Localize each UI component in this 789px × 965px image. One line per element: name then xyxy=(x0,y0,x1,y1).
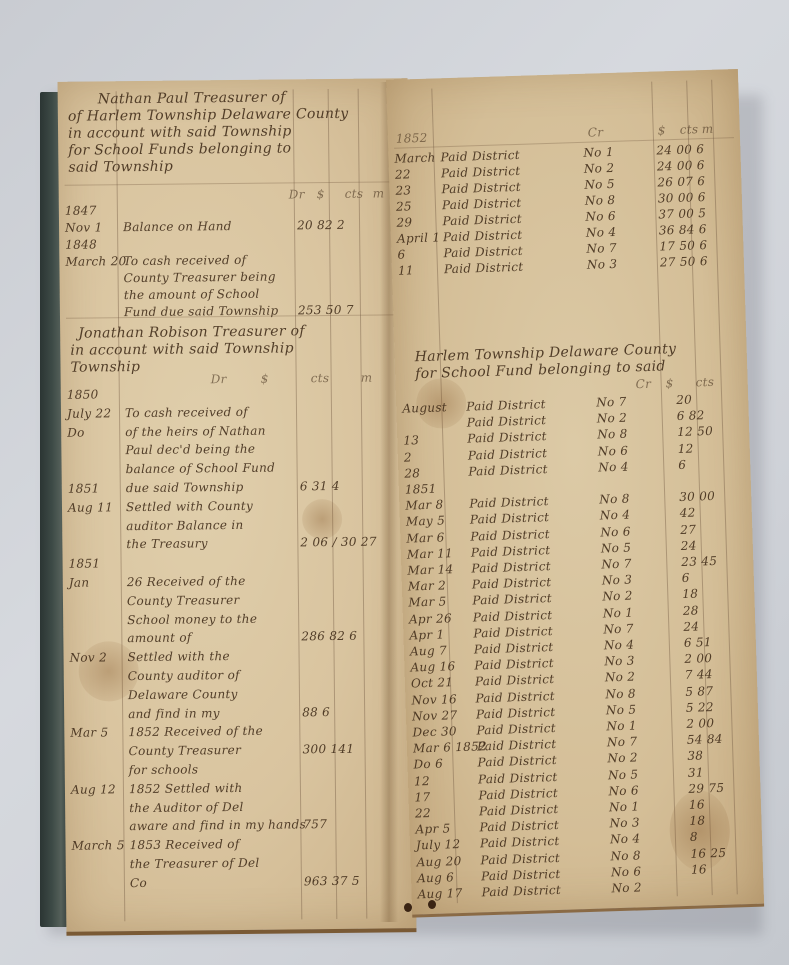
entry-date: Apr 26 xyxy=(409,611,452,626)
entry-date: 23 xyxy=(395,183,411,197)
entry-amount: 24 xyxy=(681,538,697,552)
entry-description: Balance on Hand xyxy=(123,219,232,234)
district-number: No 8 xyxy=(610,848,641,863)
amount-column-rule xyxy=(711,80,738,895)
entry-description: Paid District xyxy=(470,510,550,526)
entry-amount: 6 31 4 xyxy=(300,479,340,493)
entry-description: 26 Received of the xyxy=(127,574,246,589)
district-number: No 6 xyxy=(608,783,639,798)
entry-description: Paid District xyxy=(477,753,557,769)
district-number: No 8 xyxy=(597,427,628,442)
entry-amount: 54 84 xyxy=(687,732,723,747)
entry-date: Aug 7 xyxy=(410,643,447,658)
district-number: No 4 xyxy=(600,508,631,523)
entry-description: Paid District xyxy=(473,608,553,624)
entry-amount: 24 xyxy=(683,619,699,633)
entry-description: amount of xyxy=(127,631,191,646)
district-number: No 2 xyxy=(597,411,628,426)
district-number: No 1 xyxy=(603,605,634,620)
entry-description: 1853 Received of xyxy=(129,837,239,852)
entry-amount: 29 75 xyxy=(688,781,724,796)
ledger-heading-line: said Township xyxy=(68,159,173,176)
district-number: No 3 xyxy=(602,573,633,588)
header-rule xyxy=(65,181,403,186)
entry-description: Paid District xyxy=(477,737,557,753)
column-header: cts xyxy=(311,371,330,385)
entry-amount: 20 82 2 xyxy=(297,218,345,233)
entry-date: Mar 11 xyxy=(407,546,453,561)
entry-description: Paid District xyxy=(480,834,560,850)
entry-description: Paid District xyxy=(478,786,558,802)
entry-description: Paid District xyxy=(475,672,555,688)
entry-amount: 20 xyxy=(676,393,692,407)
column-header: m xyxy=(701,122,713,136)
entry-description: Paul dec'd being the xyxy=(125,442,255,457)
section-heading-line: Township xyxy=(70,359,140,376)
district-number: No 3 xyxy=(604,654,635,669)
district-number: No 5 xyxy=(608,767,639,782)
column-header: cts xyxy=(695,375,714,390)
entry-description: Paid District xyxy=(441,164,521,180)
district-number: No 5 xyxy=(606,702,637,717)
entry-description: Paid District xyxy=(467,430,547,446)
entry-amount: 5 22 xyxy=(686,700,714,715)
district-number: No 3 xyxy=(587,257,618,272)
entry-date: April 1 xyxy=(397,230,441,245)
entry-date: Do 6 xyxy=(413,757,443,772)
entry-description: Paid District xyxy=(442,196,522,212)
entry-description: County Treasurer xyxy=(128,743,241,758)
entry-date: Oct 21 xyxy=(411,676,454,691)
entry-amount: 2 00 xyxy=(684,651,712,666)
entry-amount: 6 82 xyxy=(676,408,704,423)
entry-date: 1847 xyxy=(65,203,97,217)
entry-amount: 23 45 xyxy=(681,554,717,569)
district-number: No 1 xyxy=(606,718,637,733)
entry-date: 1851 xyxy=(69,557,101,571)
district-number: No 6 xyxy=(598,443,629,458)
entry-amount: 7 44 xyxy=(685,667,713,682)
district-number: No 8 xyxy=(585,193,616,208)
entry-date: Mar 5 xyxy=(408,595,447,610)
district-number: No 5 xyxy=(601,540,632,555)
entry-amount: 963 37 5 xyxy=(304,874,360,889)
entry-amount: 30 00 xyxy=(679,489,715,504)
entry-amount: 6 51 xyxy=(684,635,712,650)
entry-amount: 2 06 / 30 27 xyxy=(300,535,377,550)
entry-date: Aug 11 xyxy=(68,500,113,514)
entry-description: 1852 Received of the xyxy=(128,724,263,739)
entry-description: Paid District xyxy=(476,721,556,737)
entry-date: 1851 xyxy=(405,482,437,497)
entry-description: County Treasurer xyxy=(127,593,240,608)
entry-amount: 17 50 6 xyxy=(659,238,707,253)
entry-description: Co xyxy=(130,876,147,890)
entry-amount: 38 xyxy=(687,749,703,763)
entry-date: 12 xyxy=(414,774,430,788)
entry-amount: 253 50 7 xyxy=(298,303,354,318)
district-number: No 2 xyxy=(607,751,638,766)
entry-description: Paid District xyxy=(467,413,547,429)
section-heading-line: Jonathan Robison Treasurer of xyxy=(78,323,305,341)
entry-description: Paid District xyxy=(472,575,552,591)
district-number: No 8 xyxy=(605,686,636,701)
entry-date: Mar 2 xyxy=(408,579,447,594)
entry-date: Aug 6 xyxy=(417,870,454,885)
entry-date: March 20 xyxy=(65,254,126,269)
entry-amount: 31 xyxy=(688,765,704,779)
ledger-heading-line: Nathan Paul Treasurer of xyxy=(98,89,286,107)
entry-description: Paid District xyxy=(471,559,551,575)
entry-date: July 12 xyxy=(416,837,461,852)
entry-description: Paid District xyxy=(443,228,523,244)
entry-date: 1850 xyxy=(67,387,99,401)
entry-amount: 24 00 6 xyxy=(656,142,704,157)
entry-description: Paid District xyxy=(479,818,559,834)
section-heading-line: in account with said Township xyxy=(70,340,294,358)
district-number: No 2 xyxy=(584,161,615,176)
district-number: No 4 xyxy=(610,832,641,847)
entry-description: the amount of School xyxy=(124,287,260,302)
district-number: No 7 xyxy=(586,241,617,256)
entry-date: 28 xyxy=(404,466,420,480)
entry-description: Delaware County xyxy=(128,687,238,702)
entry-description: School money to the xyxy=(127,611,257,626)
entry-description: Paid District xyxy=(475,689,555,705)
margin-rule xyxy=(116,91,126,921)
binding-hole xyxy=(404,903,412,912)
entry-date: March xyxy=(394,150,436,165)
district-number: No 8 xyxy=(599,492,630,507)
entry-amount: 26 07 6 xyxy=(657,174,705,189)
district-number: No 4 xyxy=(604,637,635,652)
column-header: $ xyxy=(658,123,666,137)
column-header: Dr xyxy=(289,187,305,201)
column-header: $ xyxy=(317,187,325,201)
entry-amount: 88 6 xyxy=(302,705,330,719)
entry-description: County Treasurer being xyxy=(124,270,276,286)
entry-description: of the heirs of Nathan xyxy=(125,423,266,438)
entry-date: 17 xyxy=(414,790,430,804)
entry-date: Mar 5 xyxy=(70,726,108,740)
entry-date: Nov 16 xyxy=(411,692,457,707)
entry-amount: 12 xyxy=(678,441,694,455)
entry-description: Paid District xyxy=(444,260,524,276)
district-number: No 4 xyxy=(598,459,629,474)
entry-amount: 37 00 5 xyxy=(658,206,706,221)
entry-date: Mar 6 xyxy=(406,530,445,545)
entry-date: 22 xyxy=(395,167,411,181)
district-number: No 6 xyxy=(585,209,616,224)
entry-date: Apr 1 xyxy=(409,627,444,642)
entry-amount: 28 xyxy=(683,603,699,617)
entry-description: Paid District xyxy=(474,656,554,672)
entry-date: 6 xyxy=(397,247,405,261)
entry-amount: 42 xyxy=(680,506,696,520)
entry-description: Fund due said Township xyxy=(124,304,279,320)
district-number: No 7 xyxy=(596,395,627,410)
entry-date: Aug 16 xyxy=(410,659,455,674)
entry-amount: 16 xyxy=(691,862,707,876)
entry-amount: 16 xyxy=(689,797,705,811)
district-number: No 2 xyxy=(605,670,636,685)
amount-column-rule xyxy=(293,89,303,919)
entry-date: 22 xyxy=(415,806,431,820)
column-header: 1852 xyxy=(396,131,428,146)
entry-description: the Treasurer of Del xyxy=(130,856,260,871)
entry-description: Paid District xyxy=(481,883,561,899)
entry-description: Paid District xyxy=(476,705,556,721)
district-number: No 7 xyxy=(607,735,638,750)
entry-description: 1852 Settled with xyxy=(129,781,243,796)
entry-description: Paid District xyxy=(473,624,553,640)
entry-description: Paid District xyxy=(442,212,522,228)
ledger-heading-line: in account with said Township xyxy=(68,123,292,141)
entry-description: Paid District xyxy=(470,527,550,543)
district-number: No 2 xyxy=(602,589,633,604)
entry-date: Do xyxy=(67,425,85,439)
district-number: No 1 xyxy=(609,799,640,814)
district-number: No 7 xyxy=(603,621,634,636)
district-number: No 4 xyxy=(586,225,617,240)
binding-hole xyxy=(428,900,436,909)
entry-amount: 8 xyxy=(690,830,698,844)
entry-date: 1848 xyxy=(65,237,97,251)
entry-amount: 36 84 6 xyxy=(659,222,707,237)
entry-date: Mar 14 xyxy=(407,562,453,577)
amount-column-rule xyxy=(358,89,368,919)
entry-date: 2 xyxy=(404,450,412,464)
entry-description: Paid District xyxy=(481,867,561,883)
entry-amount: 6 xyxy=(678,458,686,472)
entry-description: To cash received of xyxy=(125,405,248,420)
entry-description: Paid District xyxy=(443,244,523,260)
entry-description: for schools xyxy=(129,762,199,777)
entry-description: and find in my xyxy=(128,706,220,721)
entry-date: 11 xyxy=(398,263,414,277)
entry-description: balance of School Fund xyxy=(126,461,276,477)
entry-date: 1851 xyxy=(68,481,100,495)
entry-date: July 22 xyxy=(67,406,111,420)
entry-description: the Treasury xyxy=(126,537,208,552)
ledger-left-page: Nathan Paul Treasurer ofof Harlem Townsh… xyxy=(58,78,417,936)
entry-description: the Auditor of Del xyxy=(129,800,244,815)
entry-amount: 6 xyxy=(682,571,690,585)
entry-date: Nov 27 xyxy=(412,708,458,723)
entry-description: Paid District xyxy=(479,802,559,818)
entry-description: Paid District xyxy=(472,591,552,607)
entry-date: Aug 20 xyxy=(416,854,461,869)
entry-description: Paid District xyxy=(469,494,549,510)
ledger-heading-line: for School Funds belonging to xyxy=(68,140,291,158)
entry-date: Apr 5 xyxy=(415,822,450,837)
column-header: Cr xyxy=(635,377,651,391)
entry-date: Jan xyxy=(69,576,90,590)
entry-description: Paid District xyxy=(480,851,560,867)
entry-amount: 757 xyxy=(303,817,327,831)
entry-description: Paid District xyxy=(474,640,554,656)
entry-date: Aug 12 xyxy=(71,782,116,796)
district-number: No 1 xyxy=(583,145,614,160)
district-number: No 5 xyxy=(584,177,615,192)
entry-amount: 300 141 xyxy=(302,742,354,757)
entry-description: Settled with the xyxy=(127,649,229,664)
entry-amount: 2 00 xyxy=(686,716,714,731)
entry-description: Paid District xyxy=(478,770,558,786)
district-number: No 7 xyxy=(601,557,632,572)
entry-description: Paid District xyxy=(471,543,551,559)
column-header: Dr xyxy=(211,372,227,386)
entry-date: 13 xyxy=(403,434,419,448)
entry-amount: 16 25 xyxy=(690,845,726,860)
entry-amount: 5 87 xyxy=(685,684,713,699)
column-header: $ xyxy=(665,376,673,390)
entry-date: Nov 1 xyxy=(65,220,103,234)
column-header: Cr xyxy=(588,125,604,139)
entry-description: Paid District xyxy=(440,148,520,164)
entry-amount: 12 50 xyxy=(677,424,713,439)
district-number: No 2 xyxy=(611,880,642,895)
entry-description: Settled with County xyxy=(126,499,253,514)
entry-description: County auditor of xyxy=(128,668,240,683)
entry-description: aware and find in my hands xyxy=(129,818,306,834)
entry-description: Paid District xyxy=(441,180,521,196)
district-number: No 6 xyxy=(600,524,631,539)
column-header: cts xyxy=(679,122,698,137)
entry-date: March 5 xyxy=(71,838,124,853)
entry-date: Dec 30 xyxy=(412,724,457,739)
entry-description: Paid District xyxy=(466,397,546,413)
entry-date: Nov 2 xyxy=(69,651,107,665)
entry-description: auditor Balance in xyxy=(126,518,243,533)
entry-amount: 24 00 6 xyxy=(657,158,705,173)
entry-date: August xyxy=(402,400,447,415)
entry-amount: 27 50 6 xyxy=(660,254,708,269)
entry-date: 25 xyxy=(396,199,412,213)
entry-description: Paid District xyxy=(468,446,548,462)
district-number: No 3 xyxy=(609,816,640,831)
paper-stain xyxy=(302,499,342,539)
district-number: No 6 xyxy=(611,864,642,879)
entry-date: May 5 xyxy=(406,514,446,529)
entry-amount: 18 xyxy=(682,587,698,601)
ledger-right-page: 1852Cr$ctsmMarchPaid DistrictNo 124 00 6… xyxy=(386,69,764,918)
entry-description: To cash received of xyxy=(123,253,246,268)
column-header: $ xyxy=(261,372,269,386)
entry-date: 29 xyxy=(396,215,412,229)
column-header: cts xyxy=(345,187,364,201)
entry-amount: 18 xyxy=(689,814,705,828)
entry-description: Paid District xyxy=(468,462,548,478)
column-header: m xyxy=(361,371,373,385)
entry-date: Mar 8 xyxy=(405,498,444,513)
entry-amount: 286 82 6 xyxy=(301,629,357,644)
ledger-heading-line: of Harlem Township Delaware County xyxy=(68,106,349,125)
entry-amount: 27 xyxy=(680,522,696,536)
entry-date: Aug 17 xyxy=(417,886,462,901)
entry-description: due said Township xyxy=(126,480,244,495)
entry-amount: 30 00 6 xyxy=(658,190,706,205)
